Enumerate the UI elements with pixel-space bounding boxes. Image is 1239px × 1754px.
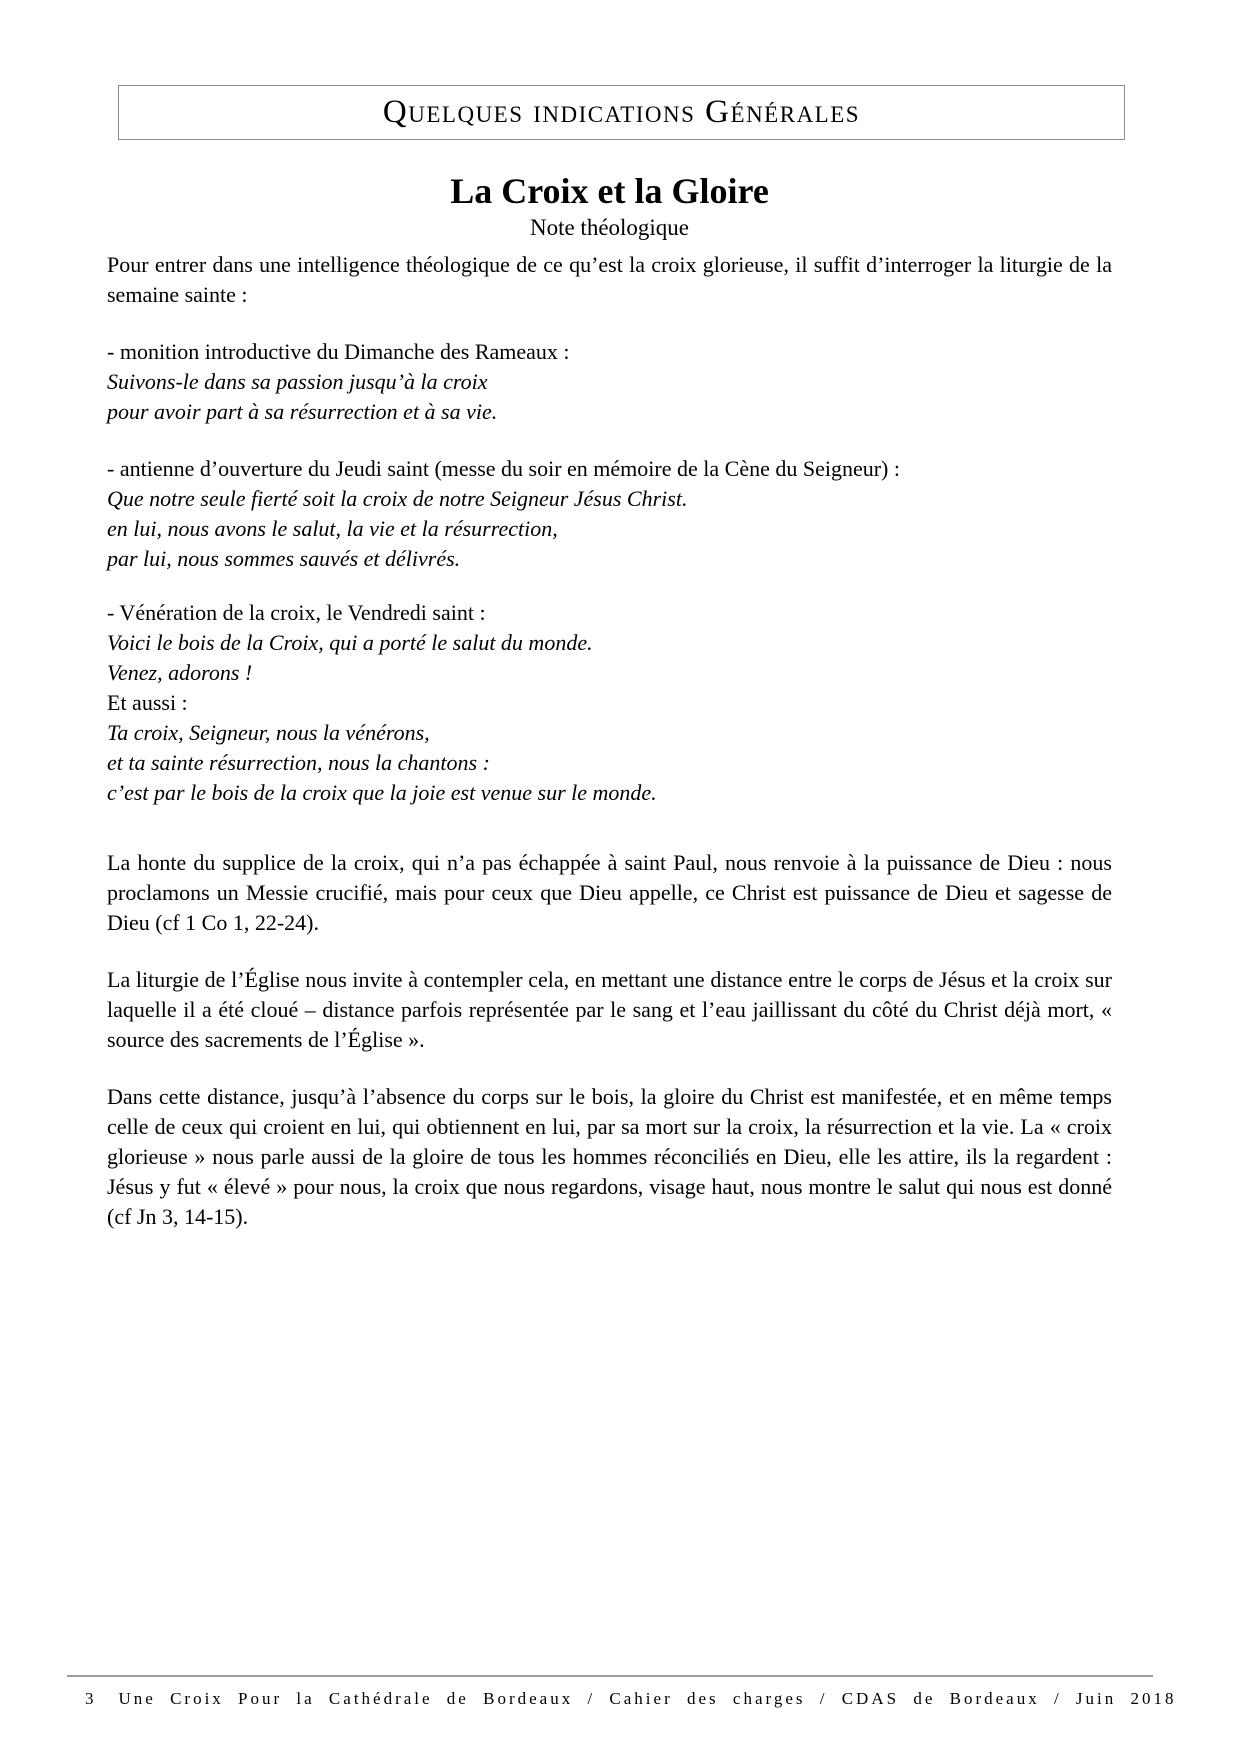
item-label: - Vénération de la croix, le Vendredi sa…	[107, 598, 1112, 628]
also-label: Et aussi :	[107, 688, 1112, 718]
liturgy-item-rameaux: - monition introductive du Dimanche des …	[107, 337, 1112, 427]
quote-line: et ta sainte résurrection, nous la chant…	[107, 748, 1112, 778]
page-subtitle: Note théologique	[107, 214, 1112, 242]
quote-line: pour avoir part à sa résurrection et à s…	[107, 397, 1112, 427]
document-content: Quelques indications Générales La Croix …	[0, 0, 1239, 1232]
liturgy-item-jeudi-saint: - antienne d’ouverture du Jeudi saint (m…	[107, 454, 1112, 574]
document-page: Quelques indications Générales La Croix …	[0, 0, 1239, 1754]
footer-text: Une Croix Pour la Cathédrale de Bordeaux…	[119, 1689, 1177, 1708]
body-paragraph: Dans cette distance, jusqu’à l’absence d…	[107, 1082, 1112, 1232]
intro-paragraph: Pour entrer dans une intelligence théolo…	[107, 250, 1112, 310]
banner-title: Quelques indications Générales	[383, 96, 860, 129]
page-footer: 3Une Croix Pour la Cathédrale de Bordeau…	[85, 1687, 1175, 1711]
item-label: - monition introductive du Dimanche des …	[107, 337, 1112, 367]
body-paragraph: La honte du supplice de la croix, qui n’…	[107, 848, 1112, 938]
footer-divider	[67, 1675, 1153, 1677]
quote-line: Suivons-le dans sa passion jusqu’à la cr…	[107, 367, 1112, 397]
quote-line: Voici le bois de la Croix, qui a porté l…	[107, 628, 1112, 658]
item-label: - antienne d’ouverture du Jeudi saint (m…	[107, 454, 1112, 484]
section-banner: Quelques indications Générales	[118, 85, 1125, 140]
quote-line: par lui, nous sommes sauvés et délivrés.	[107, 544, 1112, 574]
quote-line: Venez, adorons !	[107, 658, 1112, 688]
quote-line: Ta croix, Seigneur, nous la vénérons,	[107, 718, 1112, 748]
body-paragraph: La liturgie de l’Église nous invite à co…	[107, 965, 1112, 1055]
quote-line: c’est par le bois de la croix que la joi…	[107, 778, 1112, 808]
quote-line: Que notre seule fierté soit la croix de …	[107, 484, 1112, 514]
page-title: La Croix et la Gloire	[107, 168, 1112, 214]
liturgy-item-vendredi-saint: - Vénération de la croix, le Vendredi sa…	[107, 598, 1112, 808]
page-number: 3	[85, 1689, 97, 1708]
quote-line: en lui, nous avons le salut, la vie et l…	[107, 514, 1112, 544]
